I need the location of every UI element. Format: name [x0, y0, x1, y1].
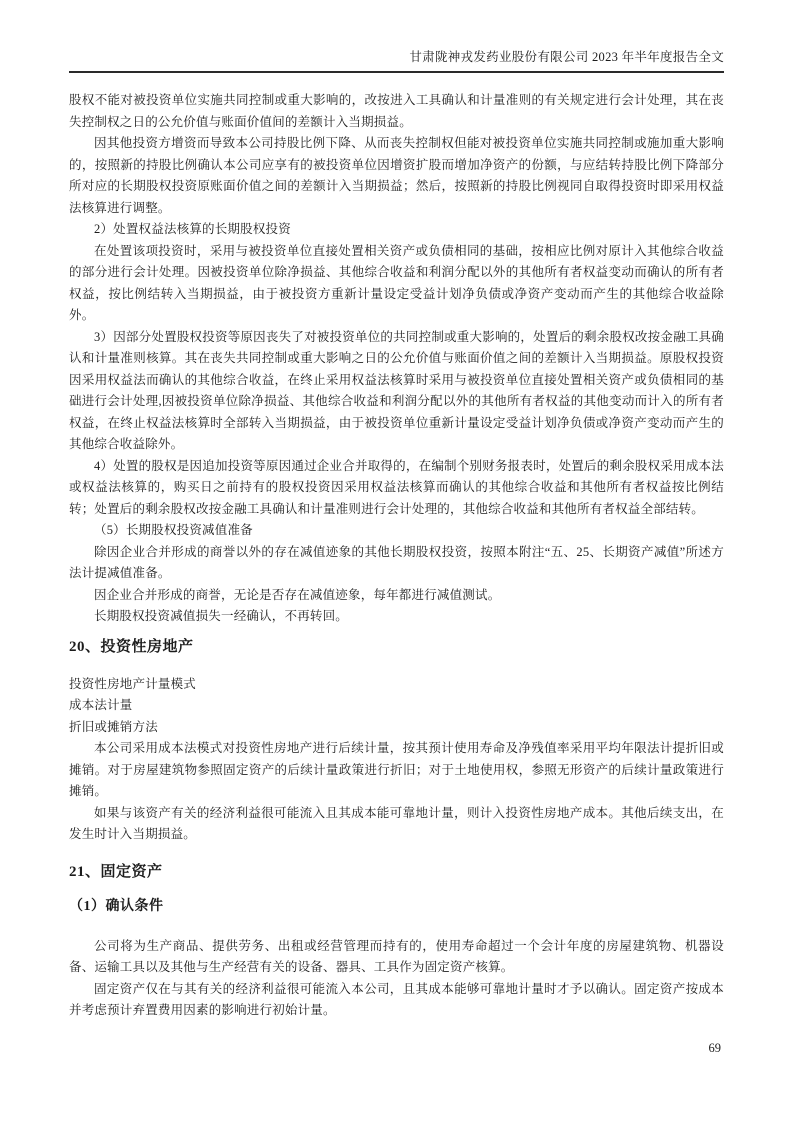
page-number: 69 [709, 1041, 722, 1056]
paragraph-fixed-asset-recognition: 固定资产仅在与其有关的经济利益很可能流入本公司，且其成本能够可靠地计量时才予以确… [69, 979, 724, 1022]
paragraph-goodwill-impairment-test: 因企业合并形成的商誉，无论是否存在减值迹象，每年都进行减值测试。 [69, 585, 724, 607]
report-header-title: 甘肃陇神戎发药业股份有限公司 2023 年半年度报告全文 [69, 0, 724, 65]
item-4-business-combination-disposal: 4）处置的股权是因追加投资等原因通过企业合并取得的，在编制个别财务报表时，处置后… [69, 456, 724, 521]
paragraph-capital-increase-dilution: 因其他投资方增资而导致本公司持股比例下降、从而丧失控制权但能对被投资单位实施共同… [69, 133, 724, 219]
document-content: 股权不能对被投资单位实施共同控制或重大影响的，改按进入工具确认和计量准则的有关规… [69, 73, 724, 1022]
report-page: 甘肃陇神戎发药业股份有限公司 2023 年半年度报告全文 股权不能对被投资单位实… [0, 0, 793, 1122]
paragraph-fixed-asset-definition: 公司将为生产商品、提供劳务、出租或经营管理而持有的，使用寿命超过一个会计年度的房… [69, 936, 724, 979]
paragraph-loss-of-control-continued: 股权不能对被投资单位实施共同控制或重大影响的，改按进入工具确认和计量准则的有关规… [69, 90, 724, 133]
item-5-impairment-subheading: （5）长期股权投资减值准备 [69, 520, 724, 542]
item-2-disposal-equity-method: 2）处置权益法核算的长期股权投资 [69, 219, 724, 241]
section-heading-21-fixed-assets: 21、固定资产 [69, 862, 724, 882]
paragraph-impairment-no-reversal: 长期股权投资减值损失一经确认，不再转回。 [69, 606, 724, 628]
paragraph-impairment-method: 除因企业合并形成的商誉以外的存在减值迹象的其他长期股权投资，按照本附注“五、25… [69, 542, 724, 585]
paragraph-cost-model-subsequent-measurement: 本公司采用成本法模式对投资性房地产进行后续计量，按其预计使用寿命及净残值率采用平… [69, 738, 724, 803]
paragraph-disposal-treatment: 在处置该项投资时，采用与被投资单位直接处置相关资产或负债相同的基础，按相应比例对… [69, 241, 724, 327]
paragraph-capitalization-criteria: 如果与该资产有关的经济利益很可能流入且其成本能可靠地计量，则计入投资性房地产成本… [69, 803, 724, 846]
line-measurement-model: 投资性房地产计量模式 [69, 674, 724, 696]
line-cost-method: 成本法计量 [69, 695, 724, 717]
line-depreciation-method: 折旧或摊销方法 [69, 717, 724, 739]
subsection-heading-1-recognition-criteria: （1）确认条件 [69, 897, 724, 916]
section-heading-20-investment-property: 20、投资性房地产 [69, 637, 724, 657]
item-3-partial-disposal: 3）因部分处置股权投资等原因丧失了对被投资单位的共同控制或重大影响的，处置后的剩… [69, 327, 724, 456]
